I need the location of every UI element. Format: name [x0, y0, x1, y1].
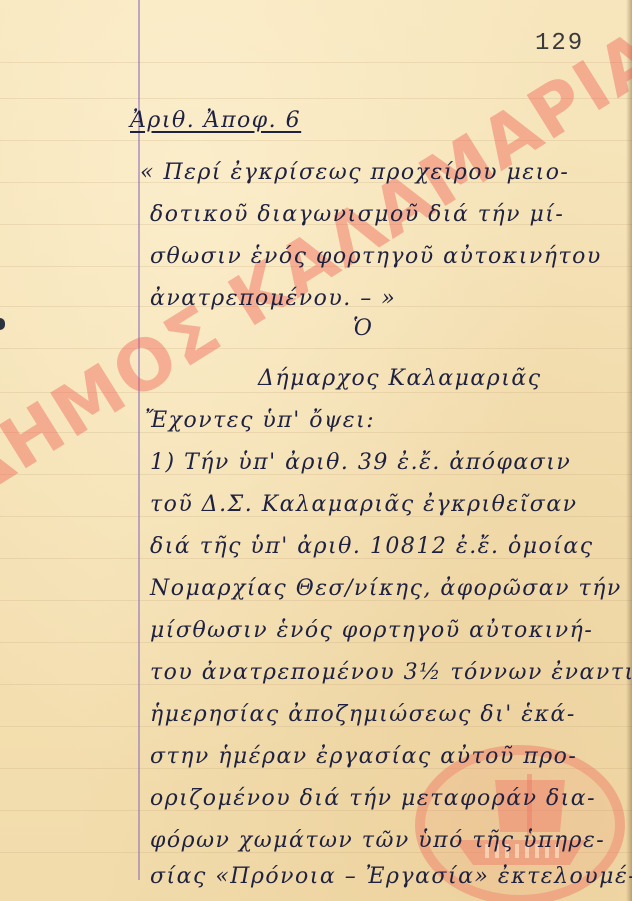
text-line: τοῦ Δ.Σ. Καλαμαριᾶς ἐγκριθεῖσαν [150, 492, 578, 517]
text-line: Νομαρχίας Θεσ/νίκης, ἀφορῶσαν τήν [150, 576, 622, 601]
text-line: διά τῆς ὑπ' ἀριθ. 10812 ἐ.ἔ. ὁμοίας [150, 534, 594, 559]
text-line: « Περί ἐγκρίσεως προχείρου μειο- [140, 160, 569, 185]
text-line: δοτικοῦ διαγωνισμοῦ διά τήν μί- [150, 202, 564, 227]
page-number: 129 [535, 30, 584, 57]
text-line: μίσθωσιν ἑνός φορτηγοῦ αὐτοκινή- [150, 618, 593, 643]
text-line: 1) Τήν ὑπ' ἀριθ. 39 ἐ.ἔ. ἀπόφασιν [150, 450, 571, 475]
document-page: ΔΗΜΟΣ ΚΑΛΑΜΑΡΙΑΣ 129 Ἀριθ. Ἀποφ. 6 « Περ… [0, 0, 632, 901]
text-line: οριζομένου διά τήν μεταφοράν δια- [150, 786, 596, 811]
decision-number-heading: Ἀριθ. Ἀποφ. 6 [130, 108, 301, 133]
page-edge-shadow [626, 0, 632, 901]
text-line: Δήμαρχος Καλαμαριᾶς [258, 366, 542, 391]
text-line: φόρων χωμάτων τῶν ὑπό τῆς ὑπηρε- [150, 828, 605, 853]
text-line: Ὁ [353, 316, 373, 341]
binding-hole [0, 318, 5, 330]
text-line: Ἔχοντες ὑπ' ὄψει: [145, 408, 375, 433]
text-line: ἀνατρεπομένου. – » [150, 286, 396, 311]
text-line: σθωσιν ἑνός φορτηγοῦ αὐτοκινήτου [150, 244, 602, 269]
text-line: στην ἡμέραν ἐργασίας αὐτοῦ προ- [150, 744, 577, 769]
ruled-line [0, 62, 632, 63]
text-line: ἡμερησίας ἀποζημιώσεως δι' ἑκά- [150, 702, 576, 727]
text-line: του ἀνατρεπομένου 3½ τόννων ἐναντι [150, 660, 632, 685]
text-line: σίας «Πρόνοια – Ἐργασία» ἐκτελουμέ- [150, 864, 632, 889]
